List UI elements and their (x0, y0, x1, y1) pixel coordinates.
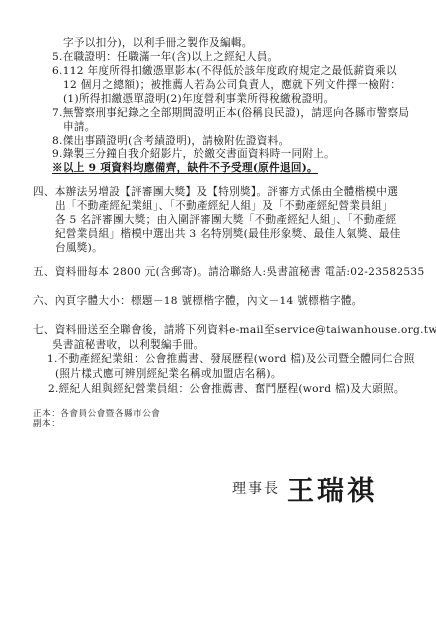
section3-item-6: 6.112 年度所得扣繳憑單影本(不得低於該年度政府規定之最低薪資乘以 (52, 65, 397, 78)
section7-item-1: 1.不動產經紀業組：公會推薦書、發展歷程(word 檔)及公司暨全體同仁合照 (47, 353, 415, 366)
section3-item-7: 7.無警察刑事紀錄之全部期間證明正本(俗稱良民證)，請逕向各縣市警察局 (52, 107, 409, 120)
section3-item-6-cont: 12 個月之總額)；被推薦人若為公司負責人，應就下列文件擇一檢附： (63, 79, 401, 92)
section4-line-1: 四、本辦法另增設【評審團大獎】及【特別獎】。評審方式係由全體楷模中選 (33, 186, 398, 199)
section3-line-continuation: 字予以扣分)，以利手冊之製作及編輯。 (63, 37, 253, 50)
section7-line-2: 吳書誼秘書收，以利製編手冊。 (52, 339, 205, 352)
section4-line-3: 各 5 名評審團大獎；由入圍評審團大獎「不動產經紀人組」、「不動產經 (55, 214, 396, 227)
section7-item-1-cont: (照片樣式應可辨別經紀業名稱或加盟店名稱)。 (55, 368, 282, 381)
section3-item-6-options: (1)所得扣繳憑單證明(2)年度營利事業所得稅繳稅證明。 (63, 93, 334, 106)
section7-line-1: 七、資料冊送至全聯會後，請將下列資料e-mail至service@taiwanh… (33, 324, 436, 337)
section3-item-7-cont: 申請。 (63, 121, 96, 134)
section7-item-2: 2.經紀人組與經紀營業員組：公會推薦書、奮鬥歷程(word 檔)及大頭照。 (48, 383, 405, 396)
section4-line-4: 紀營業員組」楷模中選出共 3 名特別獎(最佳形象獎、最佳人氣獎、最佳 (55, 228, 401, 241)
section3-notice: ※以上 9 項資料均應備齊，缺件不予受理(原件退回)。 (52, 162, 318, 175)
section3-item-5: 5.在職證明：任職滿一年(含)以上之經紀人員。 (52, 51, 279, 64)
section3-item-8: 8.傑出事蹟證明(含考績證明)，請檢附佐證資料。 (52, 135, 289, 148)
section3-item-9: 9.錄製三分鐘自我介紹影片，於繳交書面資料時一同附上。 (52, 148, 335, 161)
section4-line-2: 出「不動產經紀業組」、「不動產經紀人組」及「不動產經紀營業員組」 (55, 200, 393, 213)
signature-title: 理事長 (232, 478, 280, 498)
section4-line-5: 台風獎)。 (55, 242, 103, 255)
signature-name: 王瑞祺 (287, 469, 377, 508)
section6-font-size: 六、內頁字體大小：標題－18 號標楷字體，內文－14 號標楷字體。 (33, 295, 363, 308)
distribution-copy: 副本： (33, 419, 60, 430)
section5-price-contact: 五、資料冊每本 2800 元(含郵寄)。請洽聯絡人:吳書誼秘書 電話:02-23… (33, 266, 425, 279)
